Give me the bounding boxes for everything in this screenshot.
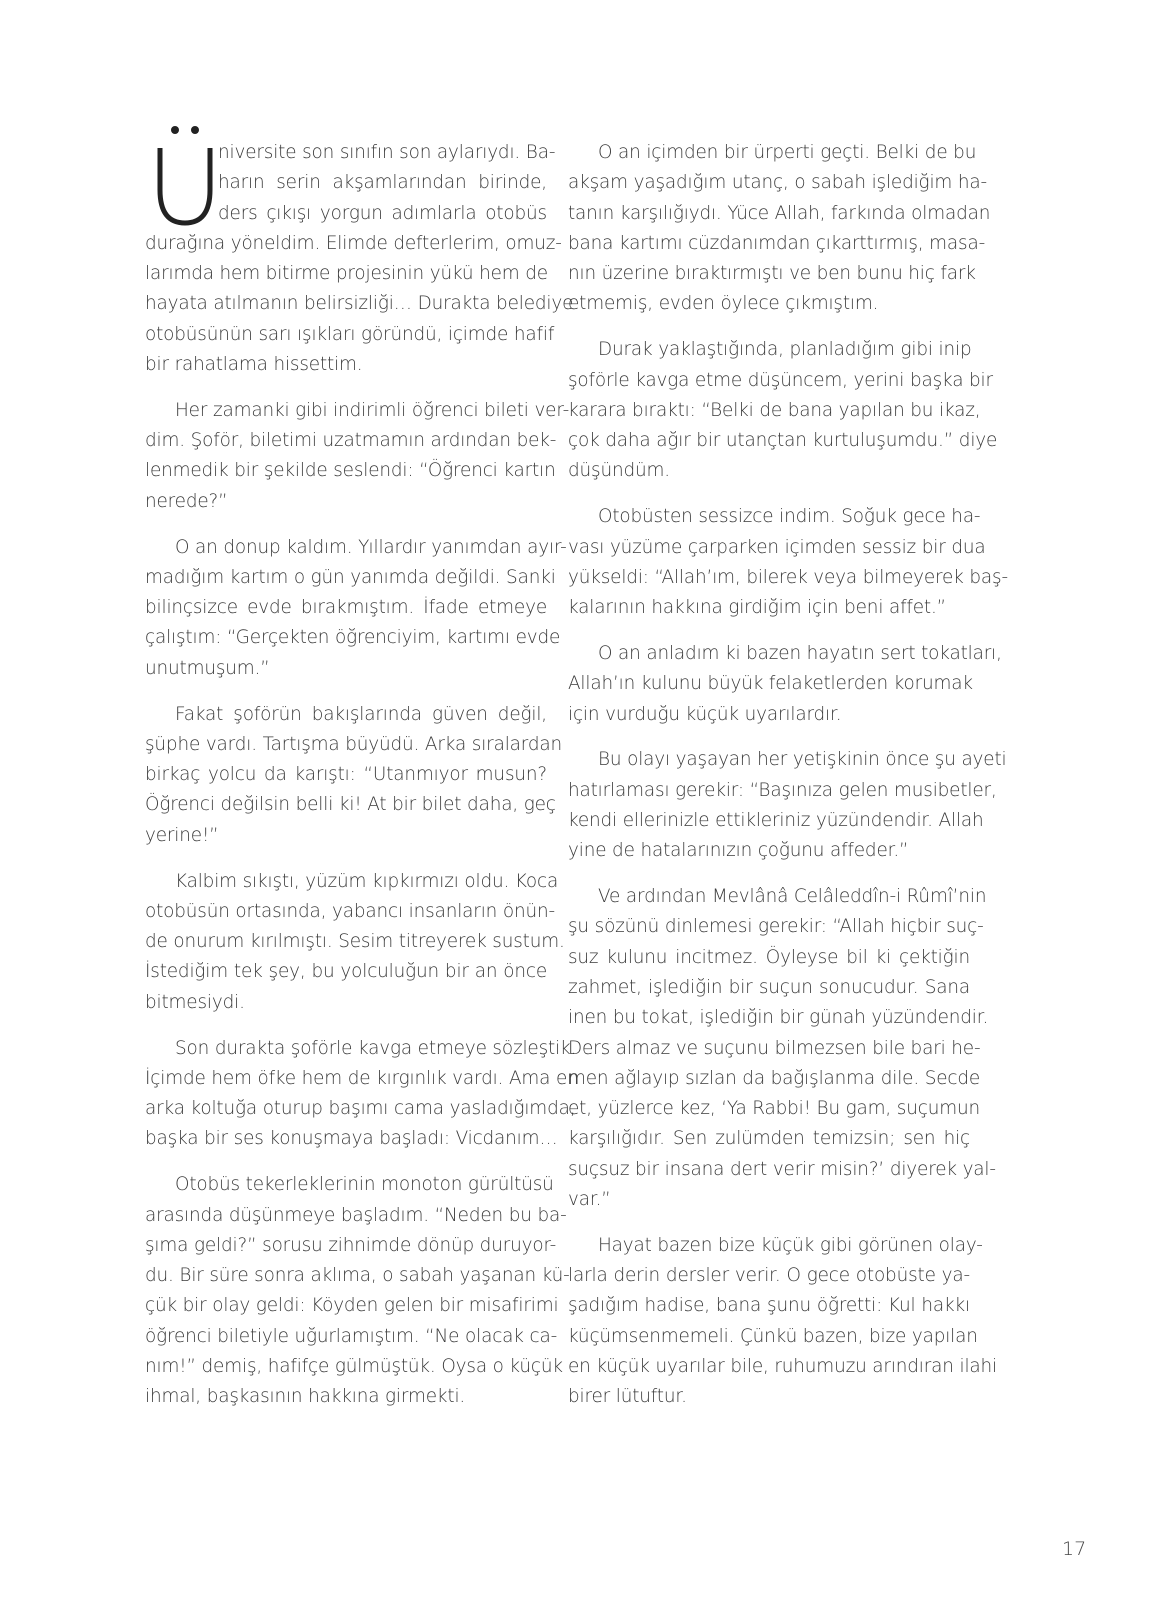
text-line: İstediğim tek şey, bu yolculuğun bir an … [145, 957, 547, 987]
text-line: et, yüzlerce kez, ‘Ya Rabbi! Bu gam, suç… [568, 1094, 970, 1124]
text-line: du. Bir süre sonra aklıma, o sabah yaşan… [145, 1261, 547, 1291]
text-line: etmemiş, evden öylece çıkmıştım. [568, 289, 970, 319]
text-line: vası yüzüme çarparken içimden sessiz bir… [568, 533, 970, 563]
text-line: otobüsün ortasında, yabancı insanların ö… [145, 897, 547, 927]
text-line: Fakat şoförün bakışlarında güven değil, [145, 700, 547, 730]
text-line: Hayat bazen bize küçük gibi görünen olay… [568, 1231, 970, 1261]
text-line: larımda hem bitirme projesinin yükü hem … [145, 259, 547, 289]
text-line: şoförle kavga etme düşüncem, yerini başk… [568, 366, 970, 396]
text-line: bilinçsizce evde bırakmıştım. İfade etme… [145, 593, 547, 623]
text-line: kendi ellerinizle ettikleriniz yüzündend… [568, 806, 970, 836]
text-line: Son durakta şoförle kavga etmeye sözleşt… [145, 1034, 547, 1064]
text-line: unutmuşum.” [145, 654, 547, 684]
text-line: inen bu tokat, işlediğin bir günah yüzün… [568, 1003, 970, 1033]
text-line: harın serin akşamlarından birinde, [145, 168, 547, 198]
text-line: men ağlayıp sızlan da bağışlanma dile. S… [568, 1064, 970, 1094]
text-line: bitmesiydi. [145, 988, 547, 1018]
paragraph: Kalbim sıkıştı, yüzüm kıpkırmızı oldu. K… [145, 867, 547, 1018]
text-line: nın üzerine bıraktırmıştı ve ben bunu hi… [568, 259, 970, 289]
book-page: niversite son sınıfın son aylarıydı. Ba-… [0, 0, 1152, 1624]
paragraph: Son durakta şoförle kavga etmeye sözleşt… [145, 1034, 547, 1155]
text-line: durağına yöneldim. Elimde defterlerim, o… [145, 229, 547, 259]
text-line: Otobüs tekerleklerinin monoton gürültüsü [145, 1170, 547, 1200]
text-line: suz kulunu incitmez. Öyleyse bil ki çekt… [568, 943, 970, 973]
text-line: larla derin dersler verir. O gece otobüs… [568, 1261, 970, 1291]
text-line: suçsuz bir insana dert verir misin?’ diy… [568, 1155, 970, 1185]
text-line: ihmal, başkasının hakkına girmekti. [145, 1382, 547, 1412]
text-line: otobüsünün sarı ışıkları göründü, içimde… [145, 320, 547, 350]
text-line: Ders almaz ve suçunu bilmezsen bile bari… [568, 1034, 970, 1064]
text-line: karşılığıdır. Sen zulümden temizsin; sen… [568, 1124, 970, 1154]
text-line: arasında düşünmeye başladım. “Neden bu b… [145, 1201, 547, 1231]
left-text-column: niversite son sınıfın son aylarıydı. Ba-… [145, 138, 547, 1428]
text-line: Her zamanki gibi indirimli öğrenci bilet… [145, 396, 547, 426]
text-line: dim. Şoför, biletimi uzatmamın ardından … [145, 426, 547, 456]
paragraph: Ve ardından Mevlânâ Celâleddîn-i Rûmî’ni… [568, 882, 970, 1215]
text-line: birkaç yolcu da karıştı: “Utanmıyor musu… [145, 760, 547, 790]
paragraph: O an içimden bir ürperti geçti. Belki de… [568, 138, 970, 320]
text-line: bana kartımı cüzdanımdan çıkarttırmış, m… [568, 229, 970, 259]
text-line: küçümsenmemeli. Çünkü bazen, bize yapıla… [568, 1322, 970, 1352]
text-line: O an içimden bir ürperti geçti. Belki de… [568, 138, 970, 168]
text-line: O an donup kaldım. Yıllardır yanımdan ay… [145, 533, 547, 563]
text-line: O an anladım ki bazen hayatın sert tokat… [568, 639, 970, 669]
text-line: Ve ardından Mevlânâ Celâleddîn-i Rûmî’ni… [568, 882, 970, 912]
text-line: akşam yaşadığım utanç, o sabah işlediğim… [568, 168, 970, 198]
text-line: çalıştım: “Gerçekten öğrenciyim, kartımı… [145, 623, 547, 653]
text-line: şıma geldi?” sorusu zihnimde dönüp duruy… [145, 1231, 547, 1261]
text-line: madığım kartım o gün yanımda değildi. Sa… [145, 563, 547, 593]
text-line: zahmet, işlediğin bir suçun sonucudur. S… [568, 973, 970, 1003]
text-line: niversite son sınıfın son aylarıydı. Ba- [145, 138, 547, 168]
text-line: şu sözünü dinlemesi gerekir: “Allah hiçb… [568, 912, 970, 942]
text-line: lenmedik bir şekilde seslendi: “Öğrenci … [145, 456, 547, 486]
text-line: yerine!” [145, 821, 547, 851]
text-line: ders çıkışı yorgun adımlarla otobüs [145, 199, 547, 229]
text-line: Otobüsten sessizce indim. Soğuk gece ha- [568, 502, 970, 532]
text-line: İçimde hem öfke hem de kırgınlık vardı. … [145, 1064, 547, 1094]
text-line: karara bıraktı: “Belki de bana yapılan b… [568, 396, 970, 426]
text-line: çük bir olay geldi: Köyden gelen bir mis… [145, 1291, 547, 1321]
paragraph: O an anladım ki bazen hayatın sert tokat… [568, 639, 970, 730]
text-line: Durak yaklaştığında, planladığım gibi in… [568, 335, 970, 365]
text-line: Bu olayı yaşayan her yetişkinin önce şu … [568, 745, 970, 775]
text-line: nım!” demiş, hafifçe gülmüştük. Oysa o k… [145, 1352, 547, 1382]
text-line: de onurum kırılmıştı. Sesim titreyerek s… [145, 927, 547, 957]
paragraph: O an donup kaldım. Yıllardır yanımdan ay… [145, 533, 547, 684]
text-line: en küçük uyarılar bile, ruhumuzu arındır… [568, 1352, 970, 1382]
paragraph: niversite son sınıfın son aylarıydı. Ba-… [145, 138, 547, 380]
text-line: öğrenci biletiyle uğurlamıştım. “Ne olac… [145, 1322, 547, 1352]
text-line: için vurduğu küçük uyarılardır. [568, 700, 970, 730]
text-line: kalarının hakkına girdiğim için beni aff… [568, 593, 970, 623]
paragraph: Otobüs tekerleklerinin monoton gürültüsü… [145, 1170, 547, 1412]
text-line: bir rahatlama hissettim. [145, 350, 547, 380]
paragraph: Durak yaklaştığında, planladığım gibi in… [568, 335, 970, 486]
text-line: düşündüm. [568, 456, 970, 486]
text-line: şüphe vardı. Tartışma büyüdü. Arka sıral… [145, 730, 547, 760]
right-text-column: O an içimden bir ürperti geçti. Belki de… [568, 138, 970, 1428]
text-line: tanın karşılığıydı. Yüce Allah, farkında… [568, 199, 970, 229]
text-line: birer lütuftur. [568, 1382, 970, 1412]
page-number: 17 [1062, 1538, 1086, 1560]
text-line: şadığım hadise, bana şunu öğretti: Kul h… [568, 1291, 970, 1321]
text-line: nerede?” [145, 487, 547, 517]
text-line: hatırlaması gerekir: “Başınıza gelen mus… [568, 776, 970, 806]
paragraph: Otobüsten sessizce indim. Soğuk gece ha-… [568, 502, 970, 623]
text-line: Kalbim sıkıştı, yüzüm kıpkırmızı oldu. K… [145, 867, 547, 897]
paragraph: Bu olayı yaşayan her yetişkinin önce şu … [568, 745, 970, 866]
paragraph: Her zamanki gibi indirimli öğrenci bilet… [145, 396, 547, 517]
text-line: Öğrenci değilsin belli ki! At bir bilet … [145, 790, 547, 820]
text-line: çok daha ağır bir utançtan kurtuluşumdu.… [568, 426, 970, 456]
paragraph: Fakat şoförün bakışlarında güven değil,ş… [145, 700, 547, 851]
text-line: başka bir ses konuşmaya başladı: Vicdanı… [145, 1124, 547, 1154]
text-line: yükseldi: “Allah’ım, bilerek veya bilmey… [568, 563, 970, 593]
text-line: yine de hatalarınızın çoğunu affeder.” [568, 836, 970, 866]
text-line: arka koltuğa oturup başımı cama yasladığ… [145, 1094, 547, 1124]
paragraph: Hayat bazen bize küçük gibi görünen olay… [568, 1231, 970, 1413]
text-line: Allah’ın kulunu büyük felaketlerden koru… [568, 669, 970, 699]
text-line: hayata atılmanın belirsizliği… Durakta b… [145, 289, 547, 319]
text-line: var.” [568, 1185, 970, 1215]
